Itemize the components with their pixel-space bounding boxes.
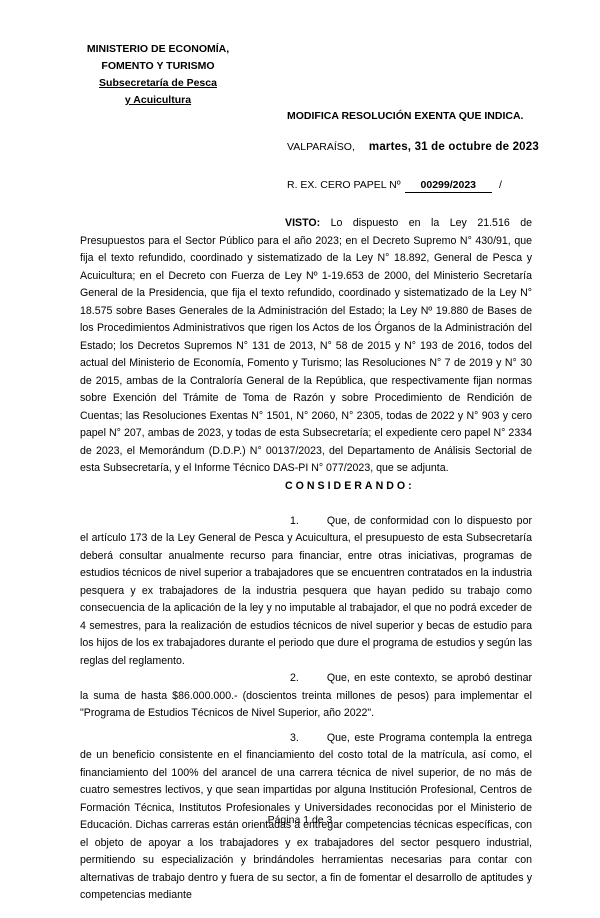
considerando-item-2-number: 2. <box>290 672 327 684</box>
document-body: VISTO: Lo dispuesto en la Ley 21.516 de … <box>80 215 532 905</box>
document-date: martes, 31 de octubre de 2023 <box>369 141 539 153</box>
ministry-name-line1: MINISTERIO DE ECONOMÍA, <box>72 41 244 58</box>
page-footer: Página 1 de 3 <box>0 814 600 826</box>
resolution-number-line: R. EX. CERO PAPEL Nº00299/2023/ <box>287 179 502 193</box>
department-name-line1: Subsecretaría de Pesca <box>72 75 244 92</box>
document-subject: MODIFICA RESOLUCIÓN EXENTA QUE INDICA. <box>287 110 523 122</box>
resolution-number-suffix: / <box>499 179 502 191</box>
considerando-item-1: 1.Que, de conformidad con lo dispuesto p… <box>80 513 532 671</box>
city-label: VALPARAÍSO, <box>287 141 355 153</box>
considerando-item-2: 2.Que, en este contexto, se aprobó desti… <box>80 670 532 723</box>
resolution-number-value: 00299/2023 <box>405 179 492 193</box>
considerando-item-3-number: 3. <box>290 732 327 744</box>
considerando-heading: CONSIDERANDO: <box>80 478 532 496</box>
place-date-line: VALPARAÍSO,martes, 31 de octubre de 2023 <box>287 141 539 153</box>
visto-label: VISTO: <box>285 217 320 229</box>
considerando-item-1-number: 1. <box>290 515 327 527</box>
visto-paragraph: VISTO: Lo dispuesto en la Ley 21.516 de … <box>80 215 532 478</box>
visto-text: Lo dispuesto en la Ley 21.516 de Presupu… <box>80 217 532 474</box>
resolution-number-label: R. EX. CERO PAPEL Nº <box>287 179 401 191</box>
ministry-name-line2: FOMENTO Y TURISMO <box>72 58 244 75</box>
letterhead: MINISTERIO DE ECONOMÍA, FOMENTO Y TURISM… <box>72 41 244 109</box>
considerando-item-1-text: Que, de conformidad con lo dispuesto por… <box>80 515 532 667</box>
document-page: MINISTERIO DE ECONOMÍA, FOMENTO Y TURISM… <box>0 0 600 918</box>
department-name-line2: y Acuicultura <box>72 92 244 109</box>
